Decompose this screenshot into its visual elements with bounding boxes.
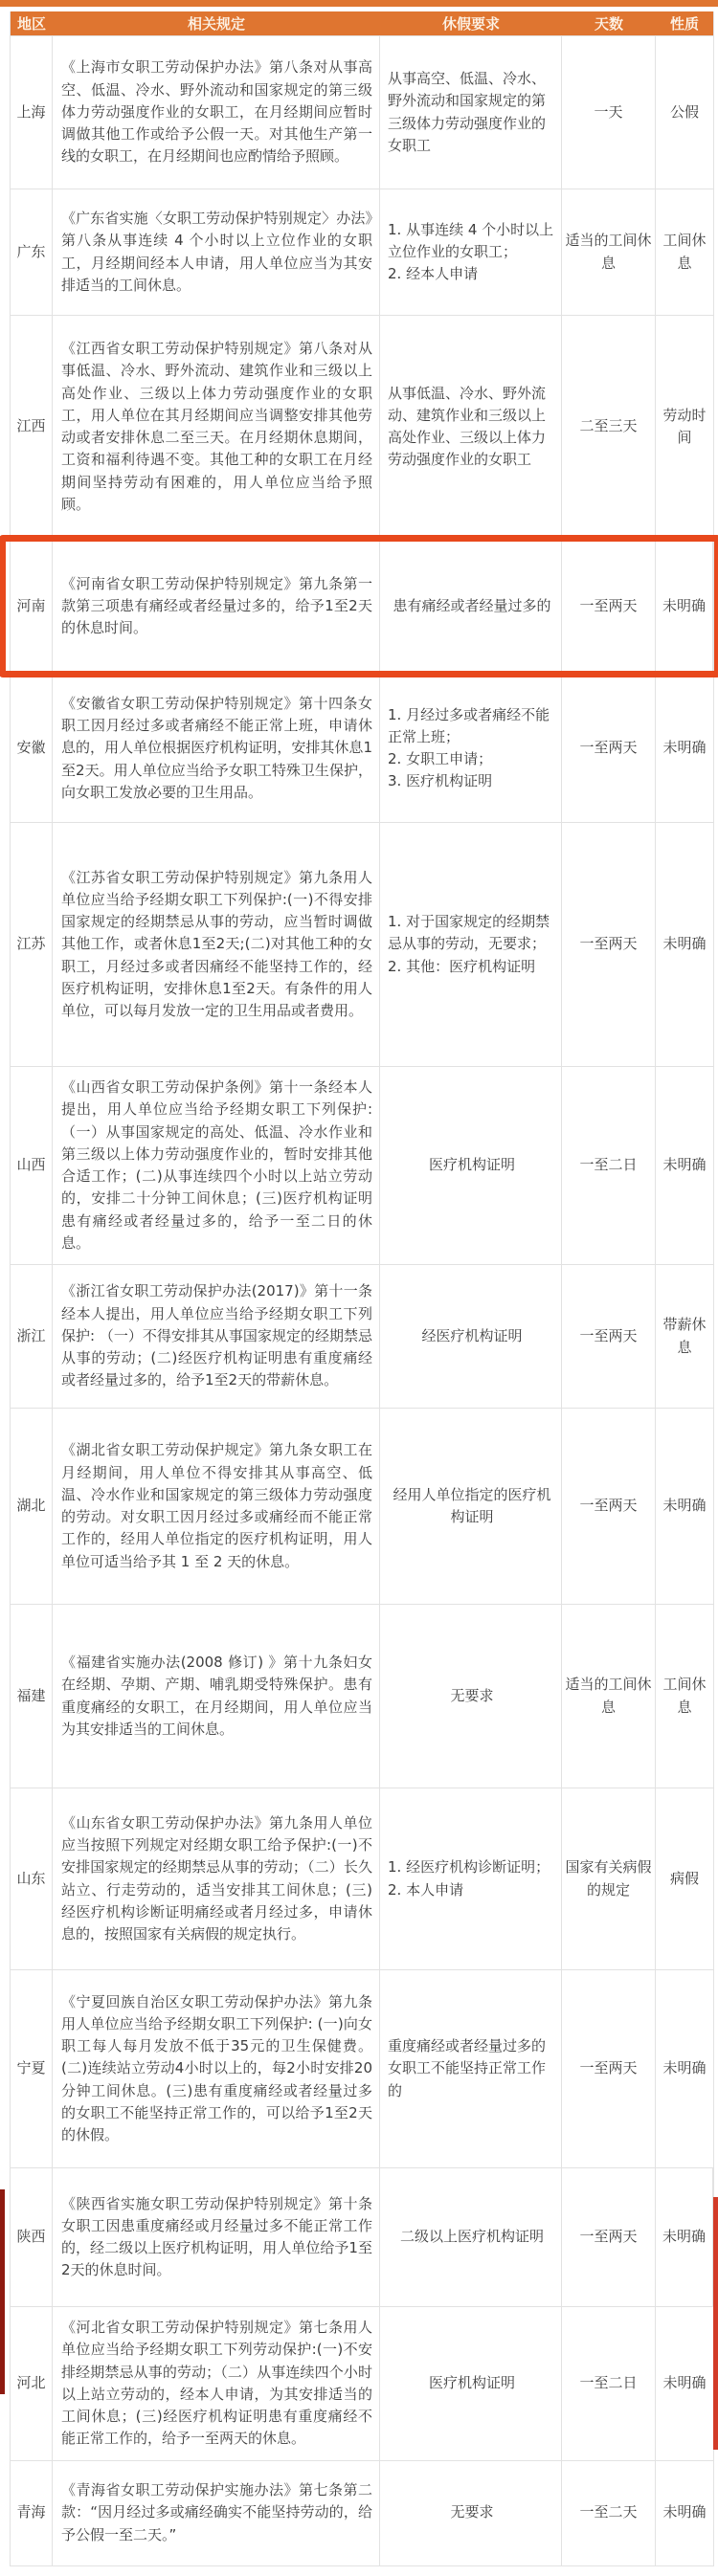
cell-region: 陕西 <box>11 2168 53 2306</box>
table-row: 福建《福建省实施办法(2008 修订) 》第十九条妇女在经期、孕期、产期、哺乳期… <box>11 1604 713 1788</box>
header-cell-requirement: 休假要求 <box>380 11 562 35</box>
red-edge-mark-left <box>0 2189 5 2394</box>
cell-days: 适当的工间休息 <box>562 1605 656 1788</box>
cell-days: 一至二日 <box>562 2307 656 2460</box>
table-row: 安徽《安徽省女职工劳动保护特别规定》第十四条女职工因月经过多或者痛经不能正常上班… <box>11 674 713 822</box>
cell-region: 广东 <box>11 189 53 315</box>
table-row: 湖北《湖北省女职工劳动保护规定》第九条女职工在月经期间，用人单位不得安排其从事高… <box>11 1408 713 1604</box>
cell-region: 宁夏 <box>11 1970 53 2167</box>
cell-nature: 带薪休息 <box>656 1265 713 1408</box>
cell-region: 江西 <box>11 316 53 538</box>
table-row: 山东《山东省女职工劳动保护办法》第九条用人单位应当按照下列规定对经期女职工给予保… <box>11 1788 713 1969</box>
cell-requirement: 经用人单位指定的医疗机构证明 <box>380 1409 562 1604</box>
cell-nature: 未明确 <box>656 2168 713 2306</box>
cell-region: 山东 <box>11 1788 53 1969</box>
cell-nature: 未明确 <box>656 823 713 1066</box>
cell-nature: 工间休息 <box>656 189 713 315</box>
cell-regulation: 《陕西省实施女职工劳动保护特别规定》第十条女职工因患重度痛经或月经量过多不能正常… <box>53 2168 380 2306</box>
cell-regulation: 《河北省女职工劳动保护特别规定》第七条用人单位应当给予经期女职工下列劳动保护:(… <box>53 2307 380 2460</box>
cell-requirement: 1. 月经过多或者痛经不能正常上班； 2. 女职工申请； 3. 医疗机构证明 <box>380 675 562 822</box>
cell-requirement: 重度痛经或者经量过多的女职工不能坚持正常工作的 <box>380 1970 562 2167</box>
top-accent-strip <box>0 0 718 7</box>
table-row: 江苏《江苏省女职工劳动保护特别规定》第九条用人单位应当给予经期女职工下列保护:(… <box>11 822 713 1066</box>
cell-nature: 公假 <box>656 36 713 189</box>
cell-days: 国家有关病假的规定 <box>562 1788 656 1969</box>
cell-nature: 未明确 <box>656 2461 713 2565</box>
cell-regulation: 《上海市女职工劳动保护办法》第八条对从事高空、低温、冷水、野外流动和国家规定的第… <box>53 36 380 189</box>
cell-nature: 未明确 <box>656 2307 713 2460</box>
cell-requirement: 1. 对于国家规定的经期禁忌从事的劳动，无要求； 2. 其他：医疗机构证明 <box>380 823 562 1066</box>
cell-nature: 工间休息 <box>656 1605 713 1788</box>
cell-region: 湖北 <box>11 1409 53 1604</box>
table-row: 山西《山西省女职工劳动保护条例》第十一条经本人提出，用人单位应当给予经期女职工下… <box>11 1066 713 1264</box>
cell-nature: 病假 <box>656 1788 713 1969</box>
cell-region: 山西 <box>11 1067 53 1264</box>
cell-days: 一至两天 <box>562 1409 656 1604</box>
cell-requirement: 无要求 <box>380 2461 562 2565</box>
cell-regulation: 《宁夏回族自治区女职工劳动保护办法》第九条用人单位应当给予经期女职工下列保护: … <box>53 1970 380 2167</box>
cell-days: 一至两天 <box>562 1265 656 1408</box>
table-row: 陕西《陕西省实施女职工劳动保护特别规定》第十条女职工因患重度痛经或月经量过多不能… <box>11 2167 713 2306</box>
cell-nature: 未明确 <box>656 675 713 822</box>
red-edge-mark-right <box>713 2197 718 2450</box>
cell-days: 一至两天 <box>562 675 656 822</box>
cell-regulation: 《福建省实施办法(2008 修订) 》第十九条妇女在经期、孕期、产期、哺乳期受特… <box>53 1605 380 1788</box>
header-cell-days: 天数 <box>562 11 656 35</box>
table-row: 浙江《浙江省女职工劳动保护办法(2017)》第十一条经本人提出，用人单位应当给予… <box>11 1264 713 1408</box>
table-row: 江西《江西省女职工劳动保护特别规定》第八条对从事低温、冷水、野外流动、建筑作业和… <box>11 315 713 538</box>
cell-requirement: 二级以上医疗机构证明 <box>380 2168 562 2306</box>
cell-days: 二至三天 <box>562 316 656 538</box>
cell-region: 福建 <box>11 1605 53 1788</box>
cell-regulation: 《山西省女职工劳动保护条例》第十一条经本人提出，用人单位应当给予经期女职工下列保… <box>53 1067 380 1264</box>
cell-regulation: 《江西省女职工劳动保护特别规定》第八条对从事低温、冷水、野外流动、建筑作业和三级… <box>53 316 380 538</box>
table-body: 上海《上海市女职工劳动保护办法》第八条对从事高空、低温、冷水、野外流动和国家规定… <box>11 35 713 2565</box>
cell-requirement: 1. 经医疗机构诊断证明； 2. 本人申请 <box>380 1788 562 1969</box>
cell-regulation: 《青海省女职工劳动保护实施办法》第七条第二款：“因月经过多或痛经确实不能坚持劳动… <box>53 2461 380 2565</box>
cell-region: 浙江 <box>11 1265 53 1408</box>
cell-days: 一至两天 <box>562 1970 656 2167</box>
cell-requirement: 经医疗机构证明 <box>380 1265 562 1408</box>
cell-regulation: 《山东省女职工劳动保护办法》第九条用人单位应当按照下列规定对经期女职工给予保护:… <box>53 1788 380 1969</box>
header-cell-region: 地区 <box>11 11 53 35</box>
cell-region: 青海 <box>11 2461 53 2565</box>
cell-requirement: 1. 从事连续 4 个小时以上立位作业的女职工； 2. 经本人申请 <box>380 189 562 315</box>
cell-regulation: 《安徽省女职工劳动保护特别规定》第十四条女职工因月经过多或者痛经不能正常上班，申… <box>53 675 380 822</box>
cell-requirement: 无要求 <box>380 1605 562 1788</box>
table-row: 宁夏《宁夏回族自治区女职工劳动保护办法》第九条用人单位应当给予经期女职工下列保护… <box>11 1969 713 2167</box>
table-row: 上海《上海市女职工劳动保护办法》第八条对从事高空、低温、冷水、野外流动和国家规定… <box>11 35 713 189</box>
cell-requirement: 从事高空、低温、冷水、野外流动和国家规定的第三级体力劳动强度作业的女职工 <box>380 36 562 189</box>
cell-nature: 劳动时间 <box>656 316 713 538</box>
cell-region: 河南 <box>11 539 53 674</box>
cell-requirement: 从事低温、冷水、野外流动、建筑作业和三级以上高处作业、三级以上体力劳动强度作业的… <box>380 316 562 538</box>
cell-regulation: 《河南省女职工劳动保护特别规定》第九条第一款第三项患有痛经或者经量过多的，给予1… <box>53 539 380 674</box>
table-row: 河南《河南省女职工劳动保护特别规定》第九条第一款第三项患有痛经或者经量过多的，给… <box>11 538 713 674</box>
cell-days: 适当的工间休息 <box>562 189 656 315</box>
cell-region: 上海 <box>11 36 53 189</box>
cell-regulation: 《江苏省女职工劳动保护特别规定》第九条用人单位应当给予经期女职工下列保护:(一)… <box>53 823 380 1066</box>
cell-days: 一至二日 <box>562 1067 656 1264</box>
cell-nature: 未明确 <box>656 1409 713 1604</box>
cell-days: 一至二天 <box>562 2461 656 2565</box>
cell-requirement: 患有痛经或者经量过多的 <box>380 539 562 674</box>
table-row: 青海《青海省女职工劳动保护实施办法》第七条第二款：“因月经过多或痛经确实不能坚持… <box>11 2460 713 2565</box>
cell-days: 一至两天 <box>562 823 656 1066</box>
cell-nature: 未明确 <box>656 539 713 674</box>
cell-requirement: 医疗机构证明 <box>380 1067 562 1264</box>
cell-days: 一天 <box>562 36 656 189</box>
table-row: 河北《河北省女职工劳动保护特别规定》第七条用人单位应当给予经期女职工下列劳动保护… <box>11 2306 713 2460</box>
cell-region: 江苏 <box>11 823 53 1066</box>
cell-days: 一至两天 <box>562 539 656 674</box>
cell-nature: 未明确 <box>656 1970 713 2167</box>
header-cell-nature: 性质 <box>656 11 713 35</box>
regulations-table: 地区 相关规定 休假要求 天数 性质 上海《上海市女职工劳动保护办法》第八条对从… <box>10 11 714 2566</box>
cell-nature: 未明确 <box>656 1067 713 1264</box>
cell-region: 安徽 <box>11 675 53 822</box>
table-header-row: 地区 相关规定 休假要求 天数 性质 <box>11 11 713 35</box>
cell-regulation: 《湖北省女职工劳动保护规定》第九条女职工在月经期间，用人单位不得安排其从事高空、… <box>53 1409 380 1604</box>
header-cell-regulation: 相关规定 <box>53 11 380 35</box>
cell-regulation: 《浙江省女职工劳动保护办法(2017)》第十一条经本人提出，用人单位应当给予经期… <box>53 1265 380 1408</box>
cell-requirement: 医疗机构证明 <box>380 2307 562 2460</box>
cell-regulation: 《广东省实施〈女职工劳动保护特别规定〉办法》第八条从事连续 4 个小时以上立位作… <box>53 189 380 315</box>
table-row: 广东《广东省实施〈女职工劳动保护特别规定〉办法》第八条从事连续 4 个小时以上立… <box>11 189 713 315</box>
cell-region: 河北 <box>11 2307 53 2460</box>
cell-days: 一至两天 <box>562 2168 656 2306</box>
